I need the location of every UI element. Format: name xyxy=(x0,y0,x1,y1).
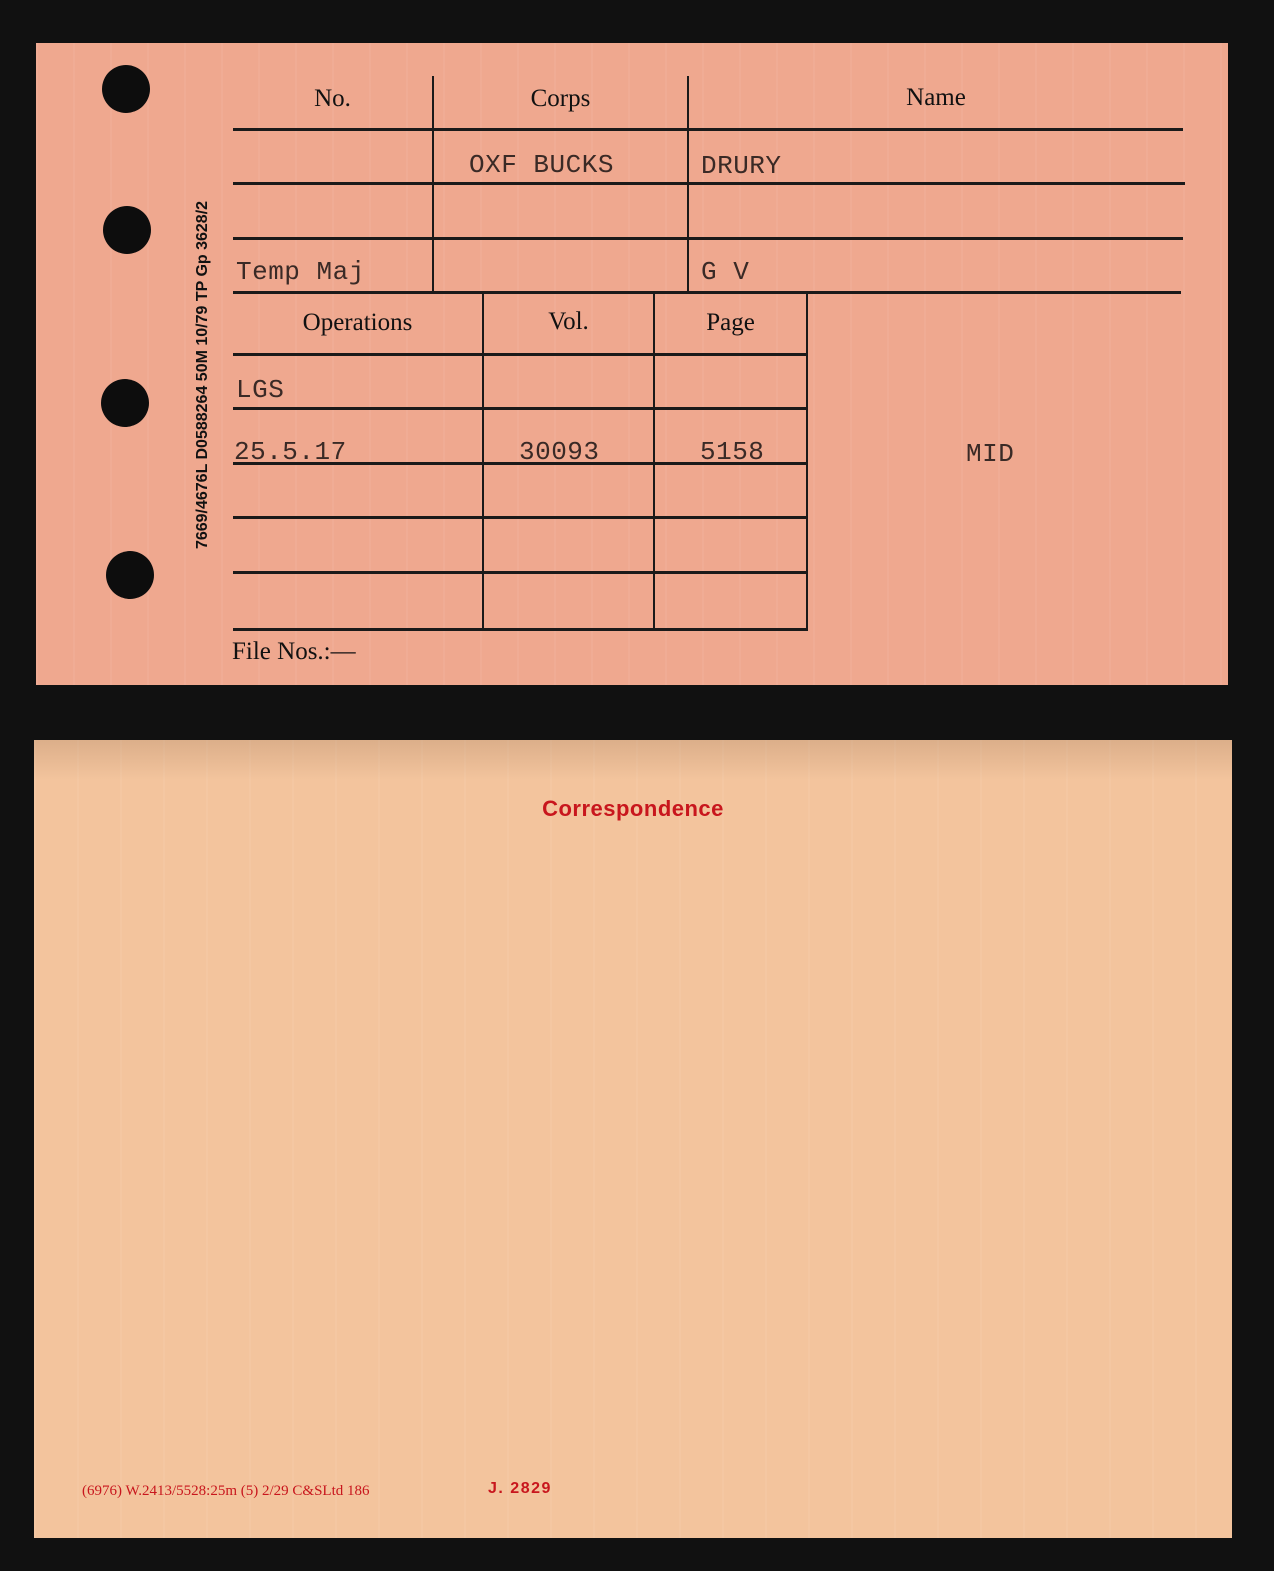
form-number: J. 2829 xyxy=(488,1480,552,1498)
punch-hole xyxy=(106,551,154,599)
grid-line xyxy=(233,571,806,574)
grid-line xyxy=(806,293,808,629)
name-surname: DRURY xyxy=(701,151,782,181)
grid-line xyxy=(233,182,1185,185)
form-print-code: 7669/4676L D0588264 50M 10/79 TP Gp 3628… xyxy=(194,201,212,549)
header-corps: Corps xyxy=(434,85,687,113)
punch-hole xyxy=(102,65,150,113)
printer-imprint: (6976) W.2413/5528:25m (5) 2/29 C&SLtd 1… xyxy=(82,1483,370,1500)
award-value: MID xyxy=(966,439,1014,469)
grid-line xyxy=(233,237,1183,240)
header-vol: Vol. xyxy=(484,308,653,336)
punch-hole xyxy=(101,379,149,427)
name-initials: G V xyxy=(701,257,749,287)
grid-line xyxy=(233,516,806,519)
correspondence-title: Correspondence xyxy=(34,796,1232,822)
gazette-date: 25.5.17 xyxy=(234,437,347,467)
header-no: No. xyxy=(233,85,432,113)
header-operations: Operations xyxy=(233,309,482,337)
grid-line xyxy=(233,353,806,356)
grid-line xyxy=(233,128,1183,131)
operation-value: LGS xyxy=(236,375,284,405)
grid-line xyxy=(233,407,806,410)
gazette-page: 5158 xyxy=(700,437,764,467)
punch-hole xyxy=(103,206,151,254)
index-card-front xyxy=(36,43,1228,685)
gazette-volume: 30093 xyxy=(519,437,600,467)
grid-line xyxy=(233,628,808,631)
header-page: Page xyxy=(655,309,806,337)
grid-line xyxy=(482,293,484,629)
grid-line xyxy=(233,291,1181,294)
rank-value: Temp Maj xyxy=(236,257,365,287)
header-name: Name xyxy=(689,84,1183,112)
grid-line xyxy=(653,293,655,629)
index-card-back: Correspondence (6976) W.2413/5528:25m (5… xyxy=(34,740,1232,1538)
corps-value: OXF BUCKS xyxy=(469,150,614,180)
file-nos-label: File Nos.:— xyxy=(232,638,356,666)
